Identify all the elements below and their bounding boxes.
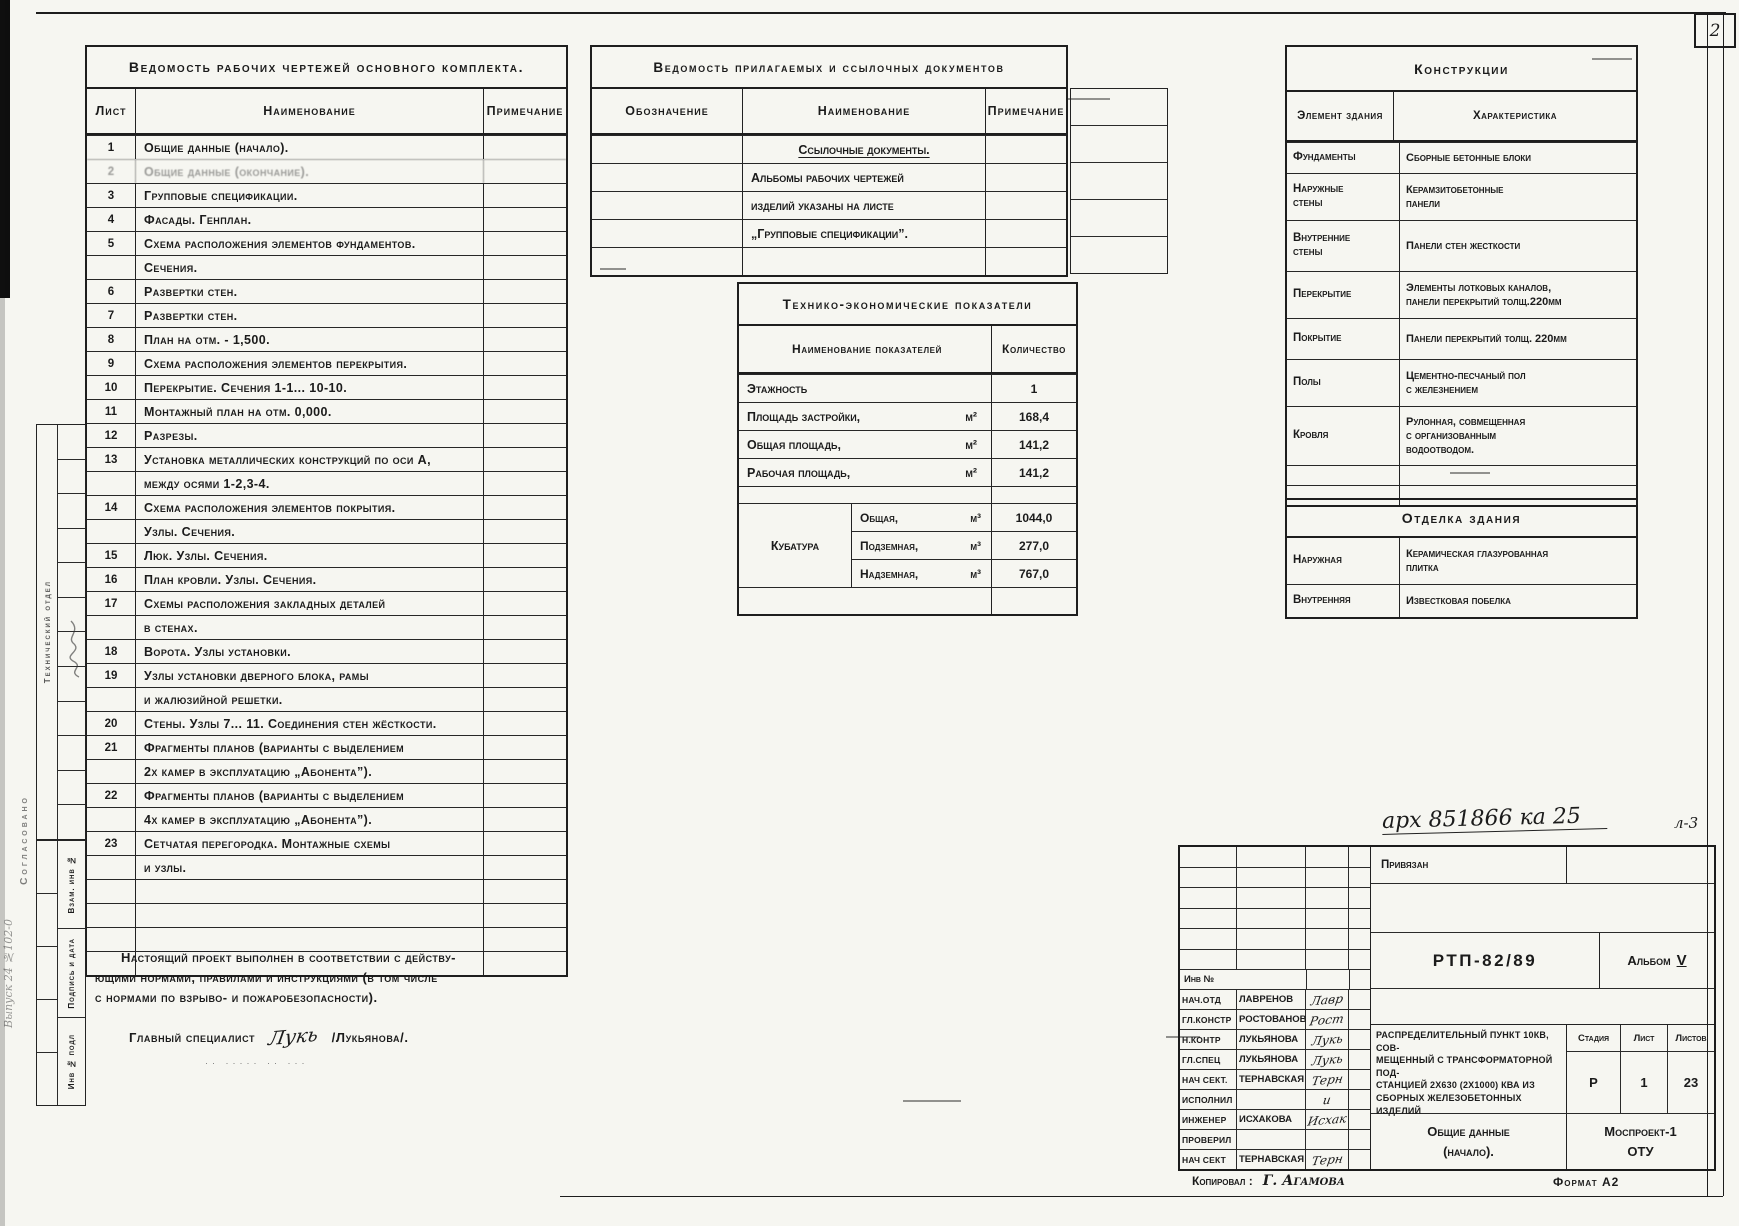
column-header-designation: Обозначение [592, 89, 743, 133]
row-name [136, 904, 483, 927]
left-stamp-strip-bottom: Взам. инв № Подпись и дата Инв № подл [36, 840, 86, 1106]
row-note [483, 592, 566, 615]
row-sheet-number: 22 [87, 784, 136, 807]
indicator-name: Рабочая площадь, [747, 466, 850, 480]
signature-scribble: Лукь [267, 1024, 320, 1050]
table-row: 6 Развертки стен. [87, 279, 566, 303]
person-role: Инженер [1180, 1110, 1237, 1129]
row-name: Фрагменты планов (варианты с выделением [136, 784, 483, 807]
construction-element: Фундаменты [1287, 143, 1400, 173]
table-row: 22 Фрагменты планов (варианты с выделени… [87, 783, 566, 807]
construction-element: Перекрытие [1287, 272, 1400, 318]
row-name: Ворота. Узлы установки. [136, 640, 483, 663]
empty-side-column [1070, 88, 1168, 274]
frame-right-line-outer [1723, 12, 1724, 1196]
page-number-box: 2 [1694, 13, 1736, 48]
row-note [483, 400, 566, 423]
stamp-cell: Взам. инв № [58, 841, 85, 928]
table-row: изделий указаны на листе [592, 191, 1066, 219]
row-note [985, 192, 1066, 219]
tech-indicators-title: Технико-экономические показатели [737, 282, 1078, 326]
stamp-vertical-label: Подпись и дата [67, 938, 76, 1009]
column-header-characteristic: Характеристика [1394, 92, 1636, 140]
person-signature: Исхак [1306, 1111, 1347, 1128]
table-row: 18 Ворота. Узлы установки. [87, 639, 566, 663]
kubatura-group: Кубатура Общая,м³ 1044,0 Подземная,м³ 27… [739, 503, 1076, 587]
construction-element: Кровля [1287, 407, 1400, 465]
row-note [483, 784, 566, 807]
sheets-value: 23 [1668, 1052, 1714, 1113]
row-sheet-number: 16 [87, 568, 136, 591]
row-note [483, 352, 566, 375]
row-sheet-number: 7 [87, 304, 136, 327]
row-name: 2х камер в эксплуатацию „Абонента”). [136, 760, 483, 783]
row-sheet-number: 3 [87, 184, 136, 207]
row-name: Узлы установки дверного блока, рамы [136, 664, 483, 687]
row-sheet-number [87, 856, 136, 879]
indicator-unit: м² [965, 438, 977, 452]
row-note [483, 664, 566, 687]
column-header-name: Наименование [136, 89, 483, 133]
personnel-grid: Инв № Нач.отд Лавренов Лавр Гл.констр Ро… [1180, 847, 1371, 1169]
row-note [483, 376, 566, 399]
indicator-value: 168,4 [991, 403, 1076, 430]
working-drawings-title: Ведомость рабочих чертежей основного ком… [85, 45, 568, 89]
row-sheet-number: 4 [87, 208, 136, 231]
row-sheet-number: 12 [87, 424, 136, 447]
personnel-row: Нач.отд Лавренов Лавр [1180, 989, 1370, 1009]
construction-row: Покрытие Панели перекрытий толщ. 220мм [1287, 318, 1636, 359]
spacer-row [739, 486, 1076, 503]
finishing-surface: Наружная [1287, 538, 1400, 584]
construction-row [1287, 465, 1636, 485]
person-name: Лавренов [1237, 990, 1306, 1009]
table-row: 7 Развертки стен. [87, 303, 566, 327]
row-designation [592, 192, 743, 219]
row-sheet-number: 2 [87, 160, 136, 183]
constructions-title: Конструкции [1285, 45, 1638, 92]
row-note [483, 424, 566, 447]
table-row: 2 Общие данные (окончание). [87, 159, 566, 183]
indicator-value: 141,2 [991, 459, 1076, 486]
tech-indicators-header: Наименование показателей Количество [737, 326, 1078, 374]
person-signature: и [1322, 1092, 1332, 1107]
row-note [483, 760, 566, 783]
constructions-table: Конструкции Элемент здания Характеристик… [1285, 45, 1638, 507]
row-name: План на отм. - 1,500. [136, 328, 483, 351]
row-designation [592, 248, 743, 275]
row-sheet-number: 11 [87, 400, 136, 423]
scanned-drawing-sheet: { "page": { "corner_number": "2", "archi… [0, 0, 1739, 1226]
table-row: 9 Схема расположения элементов перекрыти… [87, 351, 566, 375]
indicator-row: Рабочая площадь,м² 141,2 [739, 458, 1076, 486]
stamp-vertical-label: Взам. инв № [67, 855, 76, 914]
row-name: Общие данные (начало). [136, 136, 483, 159]
kubatura-value: 1044,0 [991, 504, 1076, 531]
construction-row: Фундаменты Сборные бетонные блоки [1287, 142, 1636, 173]
finishing-table: Отделка здания Наружная Керамическая гла… [1285, 498, 1638, 619]
person-role: Н.контр [1180, 1030, 1237, 1049]
document-title: Общие данные (начало). [1371, 1114, 1567, 1169]
personnel-row: Проверил [1180, 1129, 1370, 1149]
row-name: изделий указаны на листе [743, 192, 985, 219]
row-designation [592, 136, 743, 163]
compliance-note: Настоящий проект выполнен в соответствии… [95, 948, 567, 1068]
sheet-value: 1 [1621, 1052, 1668, 1113]
row-sheet-number [87, 688, 136, 711]
row-name: Развертки стен. [136, 304, 483, 327]
personnel-row: Гл.спец Лукьянова Лукь [1180, 1049, 1370, 1069]
stamp-cell: Инв № подл [58, 1017, 85, 1105]
indicator-value: 1 [991, 375, 1076, 402]
indicator-name: Общая площадь, [747, 438, 841, 452]
indicator-name: Этажность [747, 382, 807, 396]
construction-row: Внутренние стены Панели стен жесткости [1287, 220, 1636, 271]
column-header-quantity: Количество [991, 326, 1076, 372]
table-row: 2х камер в эксплуатацию „Абонента”). [87, 759, 566, 783]
table-row: 16 План кровли. Узлы. Сечения. [87, 567, 566, 591]
row-name: Узлы. Сечения. [136, 520, 483, 543]
indicator-value: 141,2 [991, 431, 1076, 458]
person-name: Ростованов [1237, 1010, 1306, 1029]
construction-row: Полы Цементно-песчаный пол с железнением [1287, 359, 1636, 406]
row-sheet-number: 6 [87, 280, 136, 303]
finishing-row: Внутренняя Известковая побелка [1287, 584, 1636, 617]
column-header-name: Наименование [743, 89, 985, 133]
table-row: 4х камер в эксплуатацию „Абонента”). [87, 807, 566, 831]
person-role: Гл.констр [1180, 1010, 1237, 1029]
construction-characteristic: Панели перекрытий толщ. 220мм [1400, 319, 1636, 359]
construction-characteristic: Керамзитобетонные панели [1400, 174, 1636, 220]
row-sheet-number: 1 [87, 136, 136, 159]
row-note [483, 856, 566, 879]
table-row: 3 Групповые спецификации. [87, 183, 566, 207]
row-sheet-number: 18 [87, 640, 136, 663]
project-code: РТП-82/89 [1371, 933, 1599, 988]
row-sheet-number: 13 [87, 448, 136, 471]
row-note [483, 208, 566, 231]
row-note [985, 248, 1066, 275]
table-row: 13 Установка металлических конструкций п… [87, 447, 566, 471]
column-header-note: Примечание [483, 89, 566, 133]
row-name: и жалюзийной решетки. [136, 688, 483, 711]
archive-handwritten-note: арх 851866 ка 25 [1382, 803, 1607, 835]
row-name: Фасады. Генплан. [136, 208, 483, 231]
person-role: Нач сект [1180, 1150, 1237, 1169]
row-name: Люк. Узлы. Сечения. [136, 544, 483, 567]
person-name: Лукьянова [1237, 1050, 1306, 1069]
construction-characteristic: Цементно-песчаный пол с железнением [1400, 360, 1636, 406]
row-name: Монтажный план на отм. 0,000. [136, 400, 483, 423]
construction-element: Покрытие [1287, 319, 1400, 359]
table-row: 21 Фрагменты планов (варианты с выделени… [87, 735, 566, 759]
frame-top-line [36, 12, 1726, 14]
table-row: 4 Фасады. Генплан. [87, 207, 566, 231]
title-block: Инв № Нач.отд Лавренов Лавр Гл.констр Ро… [1178, 845, 1716, 1171]
table-row: „Групповые спецификации”. [592, 219, 1066, 247]
sheet-label: Лист [1621, 1025, 1668, 1051]
construction-row: Кровля Рулонная, совмещенная с организов… [1287, 406, 1636, 465]
construction-characteristic: Панели стен жесткости [1400, 221, 1636, 271]
copied-label: Копировал : [1192, 1174, 1253, 1188]
table-row: 12 Разрезы. [87, 423, 566, 447]
row-note [483, 328, 566, 351]
personnel-row: Исполнил и [1180, 1089, 1370, 1109]
row-note [483, 160, 566, 183]
row-note [483, 736, 566, 759]
row-note [483, 520, 566, 543]
construction-element: Наружные стены [1287, 174, 1400, 220]
row-sheet-number [87, 472, 136, 495]
person-role: Проверил [1180, 1130, 1237, 1149]
organization: Моспроект-1 ОТУ [1567, 1114, 1714, 1169]
row-name: Схема расположения элементов перекрытия. [136, 352, 483, 375]
table-row: 14 Схема расположения элементов покрытия… [87, 495, 566, 519]
inventory-label: Инв № [1180, 970, 1307, 989]
row-sheet-number: 8 [87, 328, 136, 351]
kubatura-unit: м³ [970, 511, 981, 525]
row-sheet-number [87, 880, 136, 903]
person-signature: Терн [1310, 1151, 1344, 1168]
row-note [483, 256, 566, 279]
kubatura-value: 277,0 [991, 532, 1076, 559]
title-block-right: Привязан РТП-82/89 Альбом V Распределите… [1371, 847, 1714, 1169]
row-note [483, 472, 566, 495]
column-header-note: Примечание [985, 89, 1066, 133]
indicator-unit: м² [965, 466, 977, 480]
handwritten-vertical-note: Выпуск 24 №102-0 [2, 848, 15, 1098]
table-row [87, 879, 566, 903]
kubatura-name: Надземная, [860, 567, 918, 581]
person-signature: Рост [1309, 1011, 1345, 1028]
row-note [985, 220, 1066, 247]
row-name [743, 248, 985, 275]
constructions-body: Фундаменты Сборные бетонные блоки Наружн… [1285, 142, 1638, 507]
row-sheet-number: 23 [87, 832, 136, 855]
linked-label: Привязан [1371, 847, 1567, 883]
row-sheet-number [87, 904, 136, 927]
row-note [985, 136, 1066, 163]
construction-element [1287, 466, 1400, 485]
kubatura-name: Общая, [860, 511, 898, 525]
table-row: 23 Сетчатая перегородка. Монтажные схемы [87, 831, 566, 855]
row-sheet-number [87, 760, 136, 783]
frame-bottom-line [560, 1196, 1723, 1197]
person-signature: Лавр [1310, 991, 1345, 1008]
finishing-row: Наружная Керамическая глазурованная плит… [1287, 538, 1636, 584]
row-name: 4х камер в эксплуатацию „Абонента”). [136, 808, 483, 831]
album-number: V [1677, 952, 1687, 969]
kubatura-name: Подземная, [860, 539, 918, 553]
table-row: 15 Люк. Узлы. Сечения. [87, 543, 566, 567]
table-row: Сечения. [87, 255, 566, 279]
table-row: Узлы. Сечения. [87, 519, 566, 543]
stamp-labels: Взам. инв № Подпись и дата Инв № подл [58, 841, 85, 1105]
album-cell: Альбом V [1599, 933, 1714, 988]
table-row: 10 Перекрытие. Сечения 1-1... 10-10. [87, 375, 566, 399]
inventory-row: Инв № [1180, 969, 1370, 989]
working-drawings-table: Ведомость рабочих чертежей основного ком… [85, 45, 568, 977]
indicator-row: Общая площадь,м² 141,2 [739, 430, 1076, 458]
row-note [483, 304, 566, 327]
person-signature: Лукь [1310, 1051, 1343, 1068]
attached-docs-title: Ведомость прилагаемых и ссылочных докуме… [590, 45, 1068, 89]
stage-label: Стадия [1567, 1025, 1621, 1051]
row-sheet-number [87, 808, 136, 831]
stamp-cells [37, 841, 58, 1105]
page-number: 2 [1710, 21, 1721, 41]
construction-characteristic [1400, 466, 1636, 485]
row-note [483, 616, 566, 639]
row-name: Развертки стен. [136, 280, 483, 303]
row-name: между осями 1-2,3-4. [136, 472, 483, 495]
working-drawings-body: 1 Общие данные (начало). 2 Общие данные … [85, 135, 568, 977]
tech-dept-vertical-label: Технический отдел [43, 580, 52, 683]
row-designation [592, 220, 743, 247]
person-role: Нач.отд [1180, 990, 1237, 1009]
construction-row: Перекрытие Элементы лотковых каналов, па… [1287, 271, 1636, 318]
row-sheet-number: 20 [87, 712, 136, 735]
row-name: и узлы. [136, 856, 483, 879]
person-name: Тернавская [1237, 1070, 1306, 1089]
person-name: Лукьянова [1237, 1030, 1306, 1049]
attached-docs-table: Ведомость прилагаемых и ссылочных докуме… [590, 45, 1068, 277]
row-sheet-number: 9 [87, 352, 136, 375]
person-signature: Лукь [1310, 1031, 1343, 1048]
copied-by-line: Копировал : Г. Агамова [1192, 1173, 1345, 1189]
kubatura-row: Общая,м³ 1044,0 [852, 504, 1076, 531]
album-label: Альбом [1627, 953, 1670, 968]
indicator-row: Этажность 1 [739, 374, 1076, 402]
row-designation [592, 164, 743, 191]
row-name: в стенах. [136, 616, 483, 639]
row-sheet-number: 19 [87, 664, 136, 687]
row-sheet-number: 5 [87, 232, 136, 255]
stamp-vertical-label: Инв № подл [67, 1034, 76, 1089]
row-sheet-number [87, 520, 136, 543]
person-name: Тернавская [1237, 1150, 1306, 1169]
finishing-body: Наружная Керамическая глазурованная плит… [1285, 538, 1638, 619]
row-note [483, 688, 566, 711]
row-name: Альбомы рабочих чертежей [743, 164, 985, 191]
personnel-row: Нач сект Тернавская Терн [1180, 1149, 1370, 1169]
tech-indicators-body: Этажность 1 Площадь застройки,м² 168,4 О… [737, 374, 1078, 616]
table-row: 5 Схема расположения элементов фундамент… [87, 231, 566, 255]
attached-docs-header: Обозначение Наименование Примечание [590, 89, 1068, 135]
sheets-label: Листов [1668, 1025, 1714, 1051]
row-name: Сечения. [136, 256, 483, 279]
row-sheet-number: 21 [87, 736, 136, 759]
stamp-cell: Подпись и дата [58, 928, 85, 1016]
row-note [483, 568, 566, 591]
row-sheet-number: 14 [87, 496, 136, 519]
table-row: Альбомы рабочих чертежей [592, 163, 1066, 191]
table-row: 8 План на отм. - 1,500. [87, 327, 566, 351]
table-row: в стенах. [87, 615, 566, 639]
person-name [1237, 1090, 1306, 1109]
row-sheet-number [87, 616, 136, 639]
table-row: и жалюзийной решетки. [87, 687, 566, 711]
row-note [483, 448, 566, 471]
row-name: Фрагменты планов (варианты с выделением [136, 736, 483, 759]
personnel-row: Инженер Исхакова Исхак [1180, 1109, 1370, 1129]
row-name: План кровли. Узлы. Сечения. [136, 568, 483, 591]
note-text: Настоящий проект выполнен в соответствии… [95, 948, 567, 1008]
row-name: Сетчатая перегородка. Монтажные схемы [136, 832, 483, 855]
stage-sheet-grid: Стадия Лист Листов Р 1 23 [1567, 1025, 1714, 1113]
row-note [483, 832, 566, 855]
row-name [136, 880, 483, 903]
finishing-title: Отделка здания [1285, 498, 1638, 538]
row-sheet-number [87, 256, 136, 279]
person-role: Гл.спец [1180, 1050, 1237, 1069]
row-note [483, 640, 566, 663]
finishing-characteristic: Керамическая глазурованная плитка [1400, 538, 1636, 584]
copied-by-name: Г. Агамова [1263, 1173, 1345, 1189]
table-row: 19 Узлы установки дверного блока, рамы [87, 663, 566, 687]
person-name: Исхакова [1237, 1110, 1306, 1129]
row-name: Общие данные (окончание). [136, 160, 483, 183]
row-name: Стены. Узлы 7... 11. Соединения стен жёс… [136, 712, 483, 735]
working-drawings-header: Лист Наименование Примечание [85, 89, 568, 135]
finishing-characteristic: Известковая побелка [1400, 585, 1636, 617]
personnel-row: Н.контр Лукьянова Лукь [1180, 1029, 1370, 1049]
table-row: Ссылочные документы. [592, 135, 1066, 163]
stage-value: Р [1567, 1052, 1621, 1113]
bottom-empty-row [739, 587, 1076, 614]
row-note [483, 496, 566, 519]
personnel-row: Гл.констр Ростованов Рост [1180, 1009, 1370, 1029]
row-name: „Групповые спецификации”. [743, 220, 985, 247]
empty-band [1371, 884, 1714, 933]
kubatura-value: 767,0 [991, 560, 1076, 587]
row-name: Схема расположения элементов покрытия. [136, 496, 483, 519]
personnel-row: Нач сект. Тернавская Терн [1180, 1069, 1370, 1089]
table-row [592, 247, 1066, 275]
table-row [87, 903, 566, 927]
empty-band [1371, 989, 1714, 1025]
row-note [483, 880, 566, 903]
person-name [1237, 1130, 1306, 1149]
construction-element: Внутренние стены [1287, 221, 1400, 271]
note-role: Главный специалист [129, 1030, 255, 1045]
person-role: Исполнил [1180, 1090, 1237, 1109]
construction-characteristic: Сборные бетонные блоки [1400, 143, 1636, 173]
project-description: Распределительный пункт 10кв, сов- мещен… [1371, 1025, 1567, 1113]
column-header-element: Элемент здания [1287, 92, 1394, 140]
row-note [483, 136, 566, 159]
table-row: 11 Монтажный план на отм. 0,000. [87, 399, 566, 423]
table-row: 1 Общие данные (начало). [87, 135, 566, 159]
sheet-mark-handwritten: л-3 [1674, 814, 1698, 832]
row-note [985, 164, 1066, 191]
row-note [483, 544, 566, 567]
construction-row: Наружные стены Керамзитобетонные панели [1287, 173, 1636, 220]
indicator-unit: м² [965, 410, 977, 424]
row-note [483, 712, 566, 735]
note-name: /Лукьянова/. [332, 1030, 409, 1045]
table-row: и узлы. [87, 855, 566, 879]
row-name: Перекрытие. Сечения 1-1... 10-10. [136, 376, 483, 399]
row-note [483, 808, 566, 831]
row-note [483, 280, 566, 303]
kubatura-label: Кубатура [739, 504, 852, 587]
row-name: Установка металлических конструкций по о… [136, 448, 483, 471]
row-sheet-number: 17 [87, 592, 136, 615]
row-name: Схема расположения элементов фундаментов… [136, 232, 483, 255]
row-name: Схемы расположения закладных деталей [136, 592, 483, 615]
row-name: Ссылочные документы. [743, 136, 985, 163]
